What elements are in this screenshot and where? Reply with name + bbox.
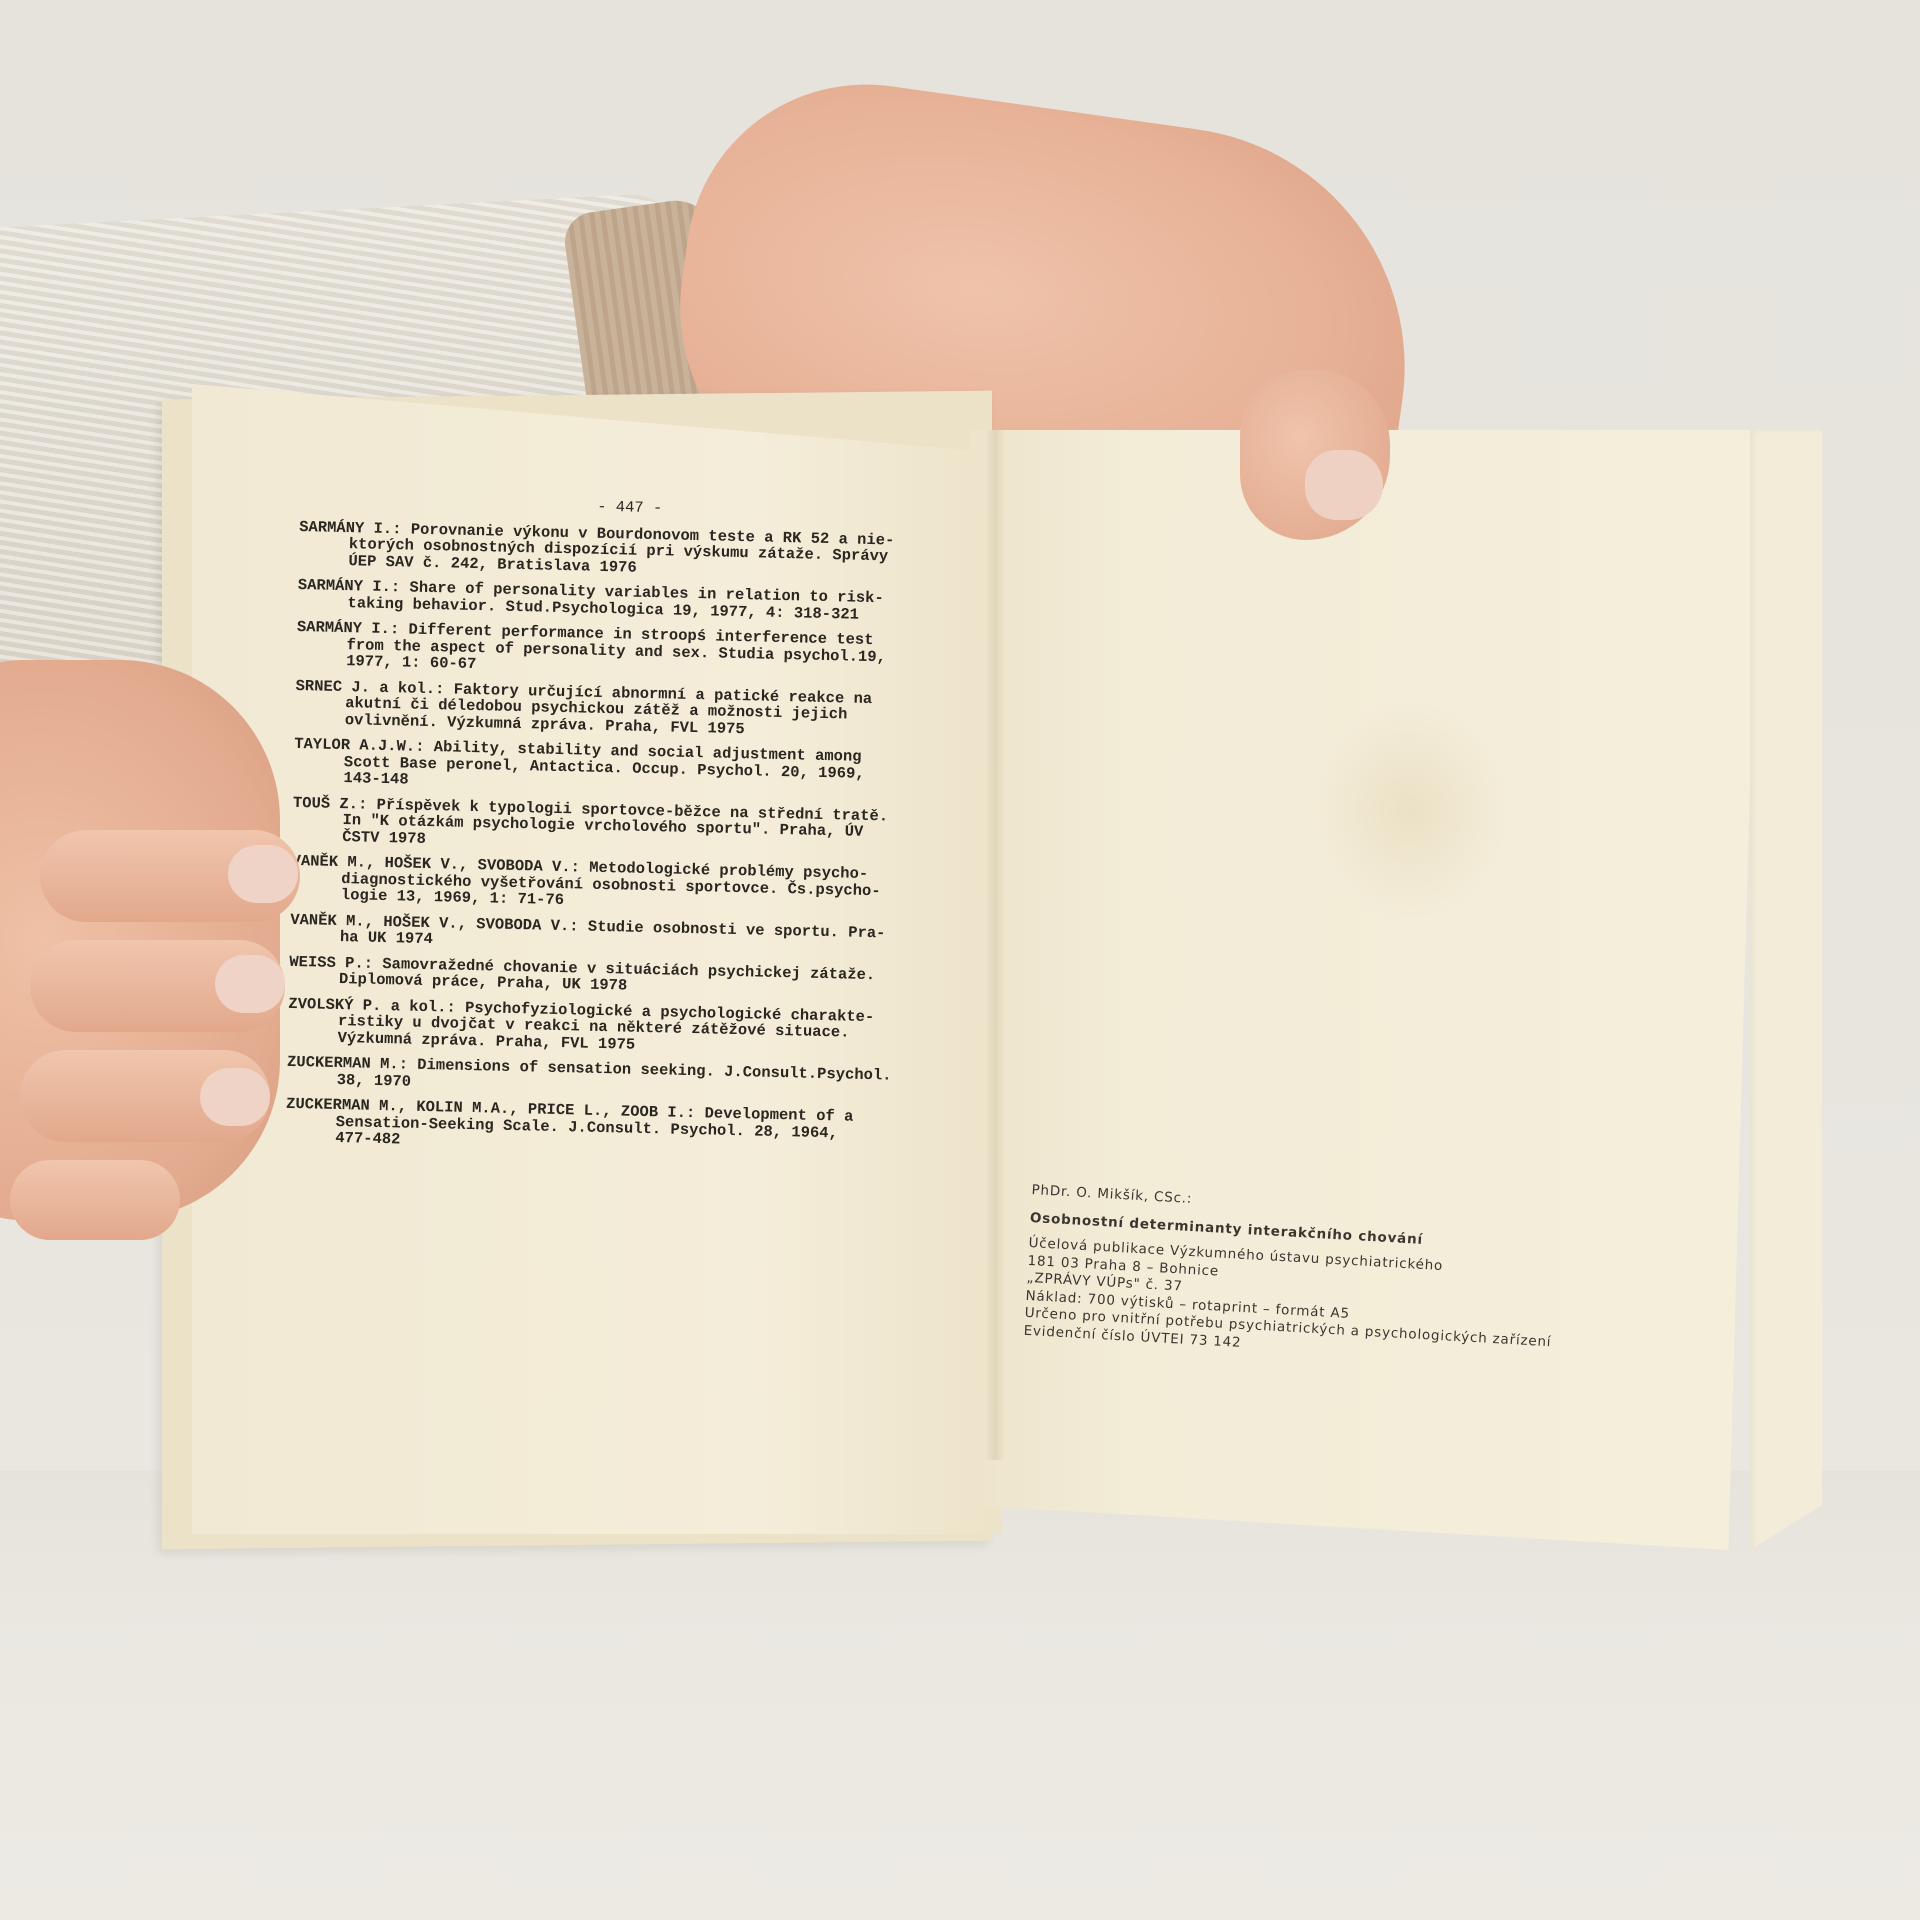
reference-entry: VANĚK M., HOŠEK V., SVOBODA V.: Metodolo… <box>291 853 952 917</box>
reference-list: SARMÁNY I.: Porovnanie výkonu v Bourdono… <box>285 518 959 1160</box>
bibliography: - 447 - SARMÁNY I.: Porovnanie výkonu v … <box>285 492 960 1169</box>
reference-entry: VANĚK M., HOŠEK V., SVOBODA V.: Studie o… <box>290 911 951 959</box>
book-spine <box>985 430 1005 1460</box>
reference-entry: WEISS P.: Samovražedné chovanie v situác… <box>289 953 950 1001</box>
thumbnail <box>1305 450 1383 520</box>
reference-entry: SRNEC J. a kol.: Faktory určující abnorm… <box>295 677 956 741</box>
fingernail <box>200 1068 270 1126</box>
reference-entry: SARMÁNY I.: Different performance in str… <box>296 619 957 683</box>
colophon: PhDr. O. Mikšík, CSc.: Osobnostní determ… <box>1023 1182 1591 1371</box>
paper-stain <box>1310 700 1510 920</box>
back-cover-edge <box>1750 430 1822 1550</box>
reference-entry: ZUCKERMAN M.: Dimensions of sensation se… <box>287 1054 948 1102</box>
fingernail <box>215 955 285 1013</box>
reference-entry: ZUCKERMAN M., KOLIN M.A., PRICE L., ZOOB… <box>285 1096 946 1160</box>
fingernail <box>228 845 298 903</box>
reference-entry: SARMÁNY I.: Porovnanie výkonu v Bourdono… <box>298 518 959 582</box>
reference-entry: TOUŠ Z.: Příspěvek k typologii sportovce… <box>292 794 953 858</box>
right-page <box>970 430 1760 1550</box>
reference-entry: TAYLOR A.J.W.: Ability, stability and so… <box>293 736 954 800</box>
reference-entry: ZVOLSKÝ P. a kol.: Psychofyziologické a … <box>287 995 948 1059</box>
reference-entry: SARMÁNY I.: Share of personality variabl… <box>297 577 958 625</box>
left-little-finger <box>10 1160 180 1240</box>
